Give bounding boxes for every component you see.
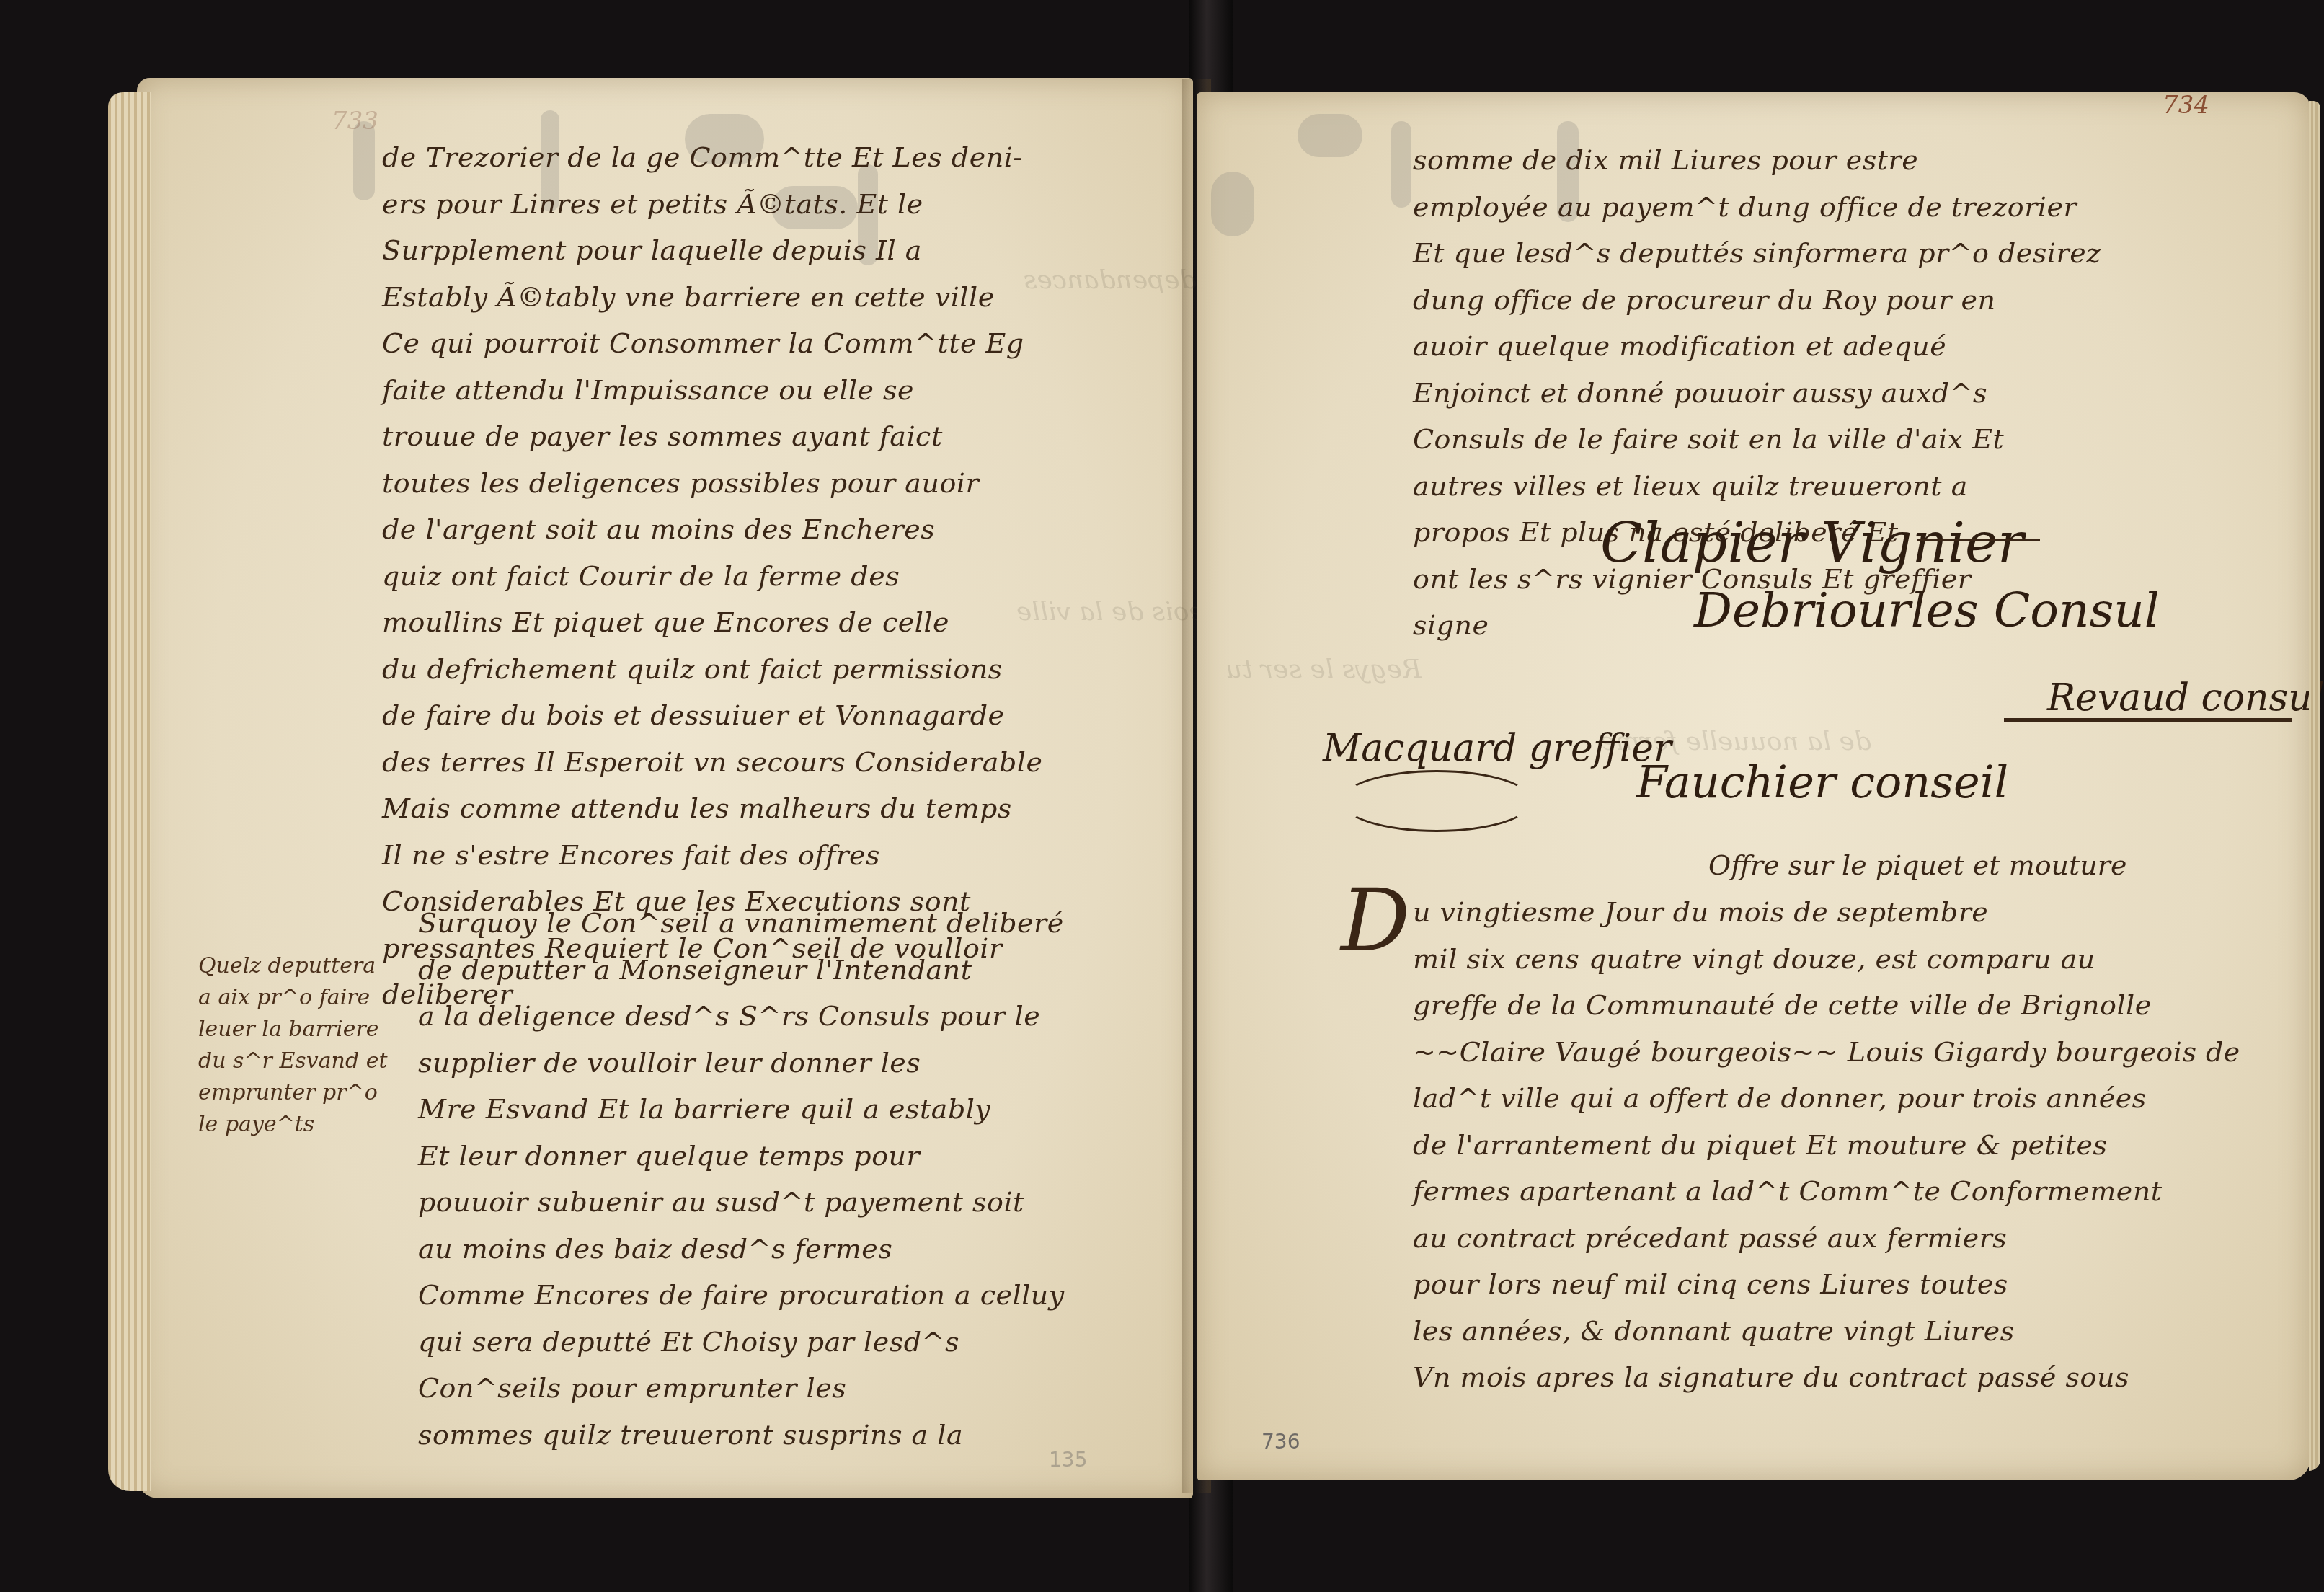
margin-note-line: leuer la barriere [198, 1014, 387, 1045]
text-line: Enjoinct et donné pouuoir aussy auxd^s [1413, 370, 2101, 417]
text-line: Surpplement pour laquelle depuis Il a [382, 227, 1042, 274]
text-line: qui sera deputté Et Choisy par lesd^s [418, 1319, 1065, 1366]
text-line: lad^t ville qui a offert de donner, pour… [1413, 1075, 2240, 1122]
text-line: Surquoy le Con^seil a vnanimement delibe… [418, 900, 1065, 947]
text-line: Mais comme attendu les malheurs du temps [382, 785, 1042, 832]
water-stain [1391, 121, 1411, 208]
text-line: Consuls de le faire soit en la ville d'a… [1413, 416, 2101, 463]
text-line: les années, & donnant quatre vingt Liure… [1413, 1308, 2240, 1355]
text-line: dung office de procureur du Roy pour en [1413, 277, 2101, 324]
text-line: Estably Ã©tably vne barriere en cette vi… [382, 274, 1042, 321]
text-line: Vn mois apres la signature du contract p… [1413, 1354, 2240, 1401]
text-line: pouuoir subuenir au susd^t payement soit [418, 1179, 1065, 1226]
act-text-block: u vingtiesme Jour du mois de septembre m… [1413, 889, 2240, 1401]
text-line: supplier de voulloir leur donner les [418, 1040, 1065, 1087]
signature-flourish [1341, 770, 1533, 832]
folio-number: 734 [2163, 91, 2209, 120]
text-line: au moins des baiz desd^s fermes [418, 1226, 1065, 1273]
text-line: ~~Claire Vaugé bourgeois~~ Louis Gigardy… [1413, 1029, 2240, 1076]
text-line: des terres Il Esperoit vn secours Consid… [382, 739, 1042, 786]
folio-number: 733 [332, 107, 378, 136]
text-line: Con^seils pour emprunter les [418, 1365, 1065, 1412]
margin-note: Quelz deputtera a aix pr^o faire leuer l… [198, 950, 387, 1141]
text-line: u vingtiesme Jour du mois de septembre [1413, 889, 2240, 936]
text-line: somme de dix mil Liures pour estre [1413, 137, 2101, 184]
text-line: a la deligence desd^s S^rs Consuls pour … [418, 993, 1065, 1040]
text-line: de l'argent soit au moins des Encheres [382, 506, 1042, 553]
signature-clapier: Clapier Vignier [1600, 510, 2023, 575]
text-line: Ce qui pourroit Consommer la Comm^tte Eg [382, 320, 1042, 367]
text-line: au contract précedant passé aux fermiers [1413, 1215, 2240, 1262]
bleed-through-text: Regys le ser tu [1225, 655, 1422, 684]
text-line: trouue de payer les sommes ayant faict [382, 413, 1042, 460]
text-line: quiz ont faict Courir de la ferme des [382, 553, 1042, 600]
open-register: 733 Jouissance et dependances bourgeois … [0, 0, 2324, 1592]
text-line: toutes les deligences possibles pour auo… [382, 460, 1042, 507]
pencil-number: 736 [1261, 1430, 1300, 1454]
water-stain [1298, 114, 1362, 157]
text-line: de l'arrantement du piquet Et mouture & … [1413, 1122, 2240, 1169]
signature-underline [2004, 718, 2292, 722]
text-line: pour lors neuf mil cinq cens Liures tout… [1413, 1261, 2240, 1308]
text-line: sommes quilz treuueront susprins a la [418, 1412, 1065, 1459]
pencil-number: 135 [1049, 1448, 1087, 1472]
text-line: de faire du bois et dessuiuer et Vonnaga… [382, 692, 1042, 739]
text-line: de Trezorier de la ge Comm^tte Et Les de… [382, 134, 1042, 181]
text-line: Et que lesd^s deputtés sinformera pr^o d… [1413, 230, 2101, 277]
signature-fauchier: Fauchier conseil [1636, 756, 2008, 808]
text-line: mil six cens quatre vingt douze, est com… [1413, 936, 2240, 983]
text-line: Il ne s'estre Encores fait des offres [382, 832, 1042, 879]
text-line: greffe de la Communauté de cette ville d… [1413, 982, 2240, 1029]
signature-revaud: Revaud consul [2047, 676, 2324, 720]
text-line: auoir quelque modification et adequé [1413, 323, 2101, 370]
text-line: employée au payem^t dung office de trezo… [1413, 184, 2101, 231]
text-line: autres villes et lieux quilz treuueront … [1413, 463, 2101, 510]
text-line: Comme Encores de faire procuration a cel… [418, 1272, 1065, 1319]
margin-note-line: du s^r Esvand et [198, 1045, 387, 1077]
text-line: Et leur donner quelque temps pour [418, 1133, 1065, 1180]
text-line: du defrichement quilz ont faict permissi… [382, 646, 1042, 693]
water-stain [1211, 172, 1254, 236]
text-line: fermes apartenant a lad^t Comm^te Confor… [1413, 1168, 2240, 1215]
text-line: de deputter a Monseigneur l'Intendant [418, 947, 1065, 994]
signature-underline [1917, 539, 2040, 541]
left-page: 733 Jouissance et dependances bourgeois … [137, 78, 1193, 1498]
decorated-initial: D [1341, 878, 1410, 965]
text-line: Mre Esvand Et la barriere quil a estably [418, 1086, 1065, 1133]
right-page: 734 Regys le ser tu de la nouuelle ferme… [1197, 92, 2310, 1480]
margin-note-line: le paye^ts [198, 1109, 387, 1141]
text-line: faite attendu l'Impuissance ou elle se [382, 367, 1042, 414]
main-text-block: de Trezorier de la ge Comm^tte Et Les de… [382, 134, 1042, 1018]
signature-debriourles: Debriourles Consul [1694, 583, 2160, 638]
signature-macquard: Macquard greffier [1323, 727, 1672, 770]
resolution-text-block: Surquoy le Con^seil a vnanimement delibe… [418, 900, 1065, 1458]
text-line: moullins Et piquet que Encores de celle [382, 599, 1042, 646]
margin-note-line: a aix pr^o faire [198, 982, 387, 1014]
text-line: ers pour Linres et petits Ã©tats. Et le [382, 181, 1042, 228]
section-heading: Offre sur le piquet et mouture [1708, 849, 2126, 881]
margin-note-line: Quelz deputtera [198, 950, 387, 982]
margin-note-line: emprunter pr^o [198, 1077, 387, 1109]
